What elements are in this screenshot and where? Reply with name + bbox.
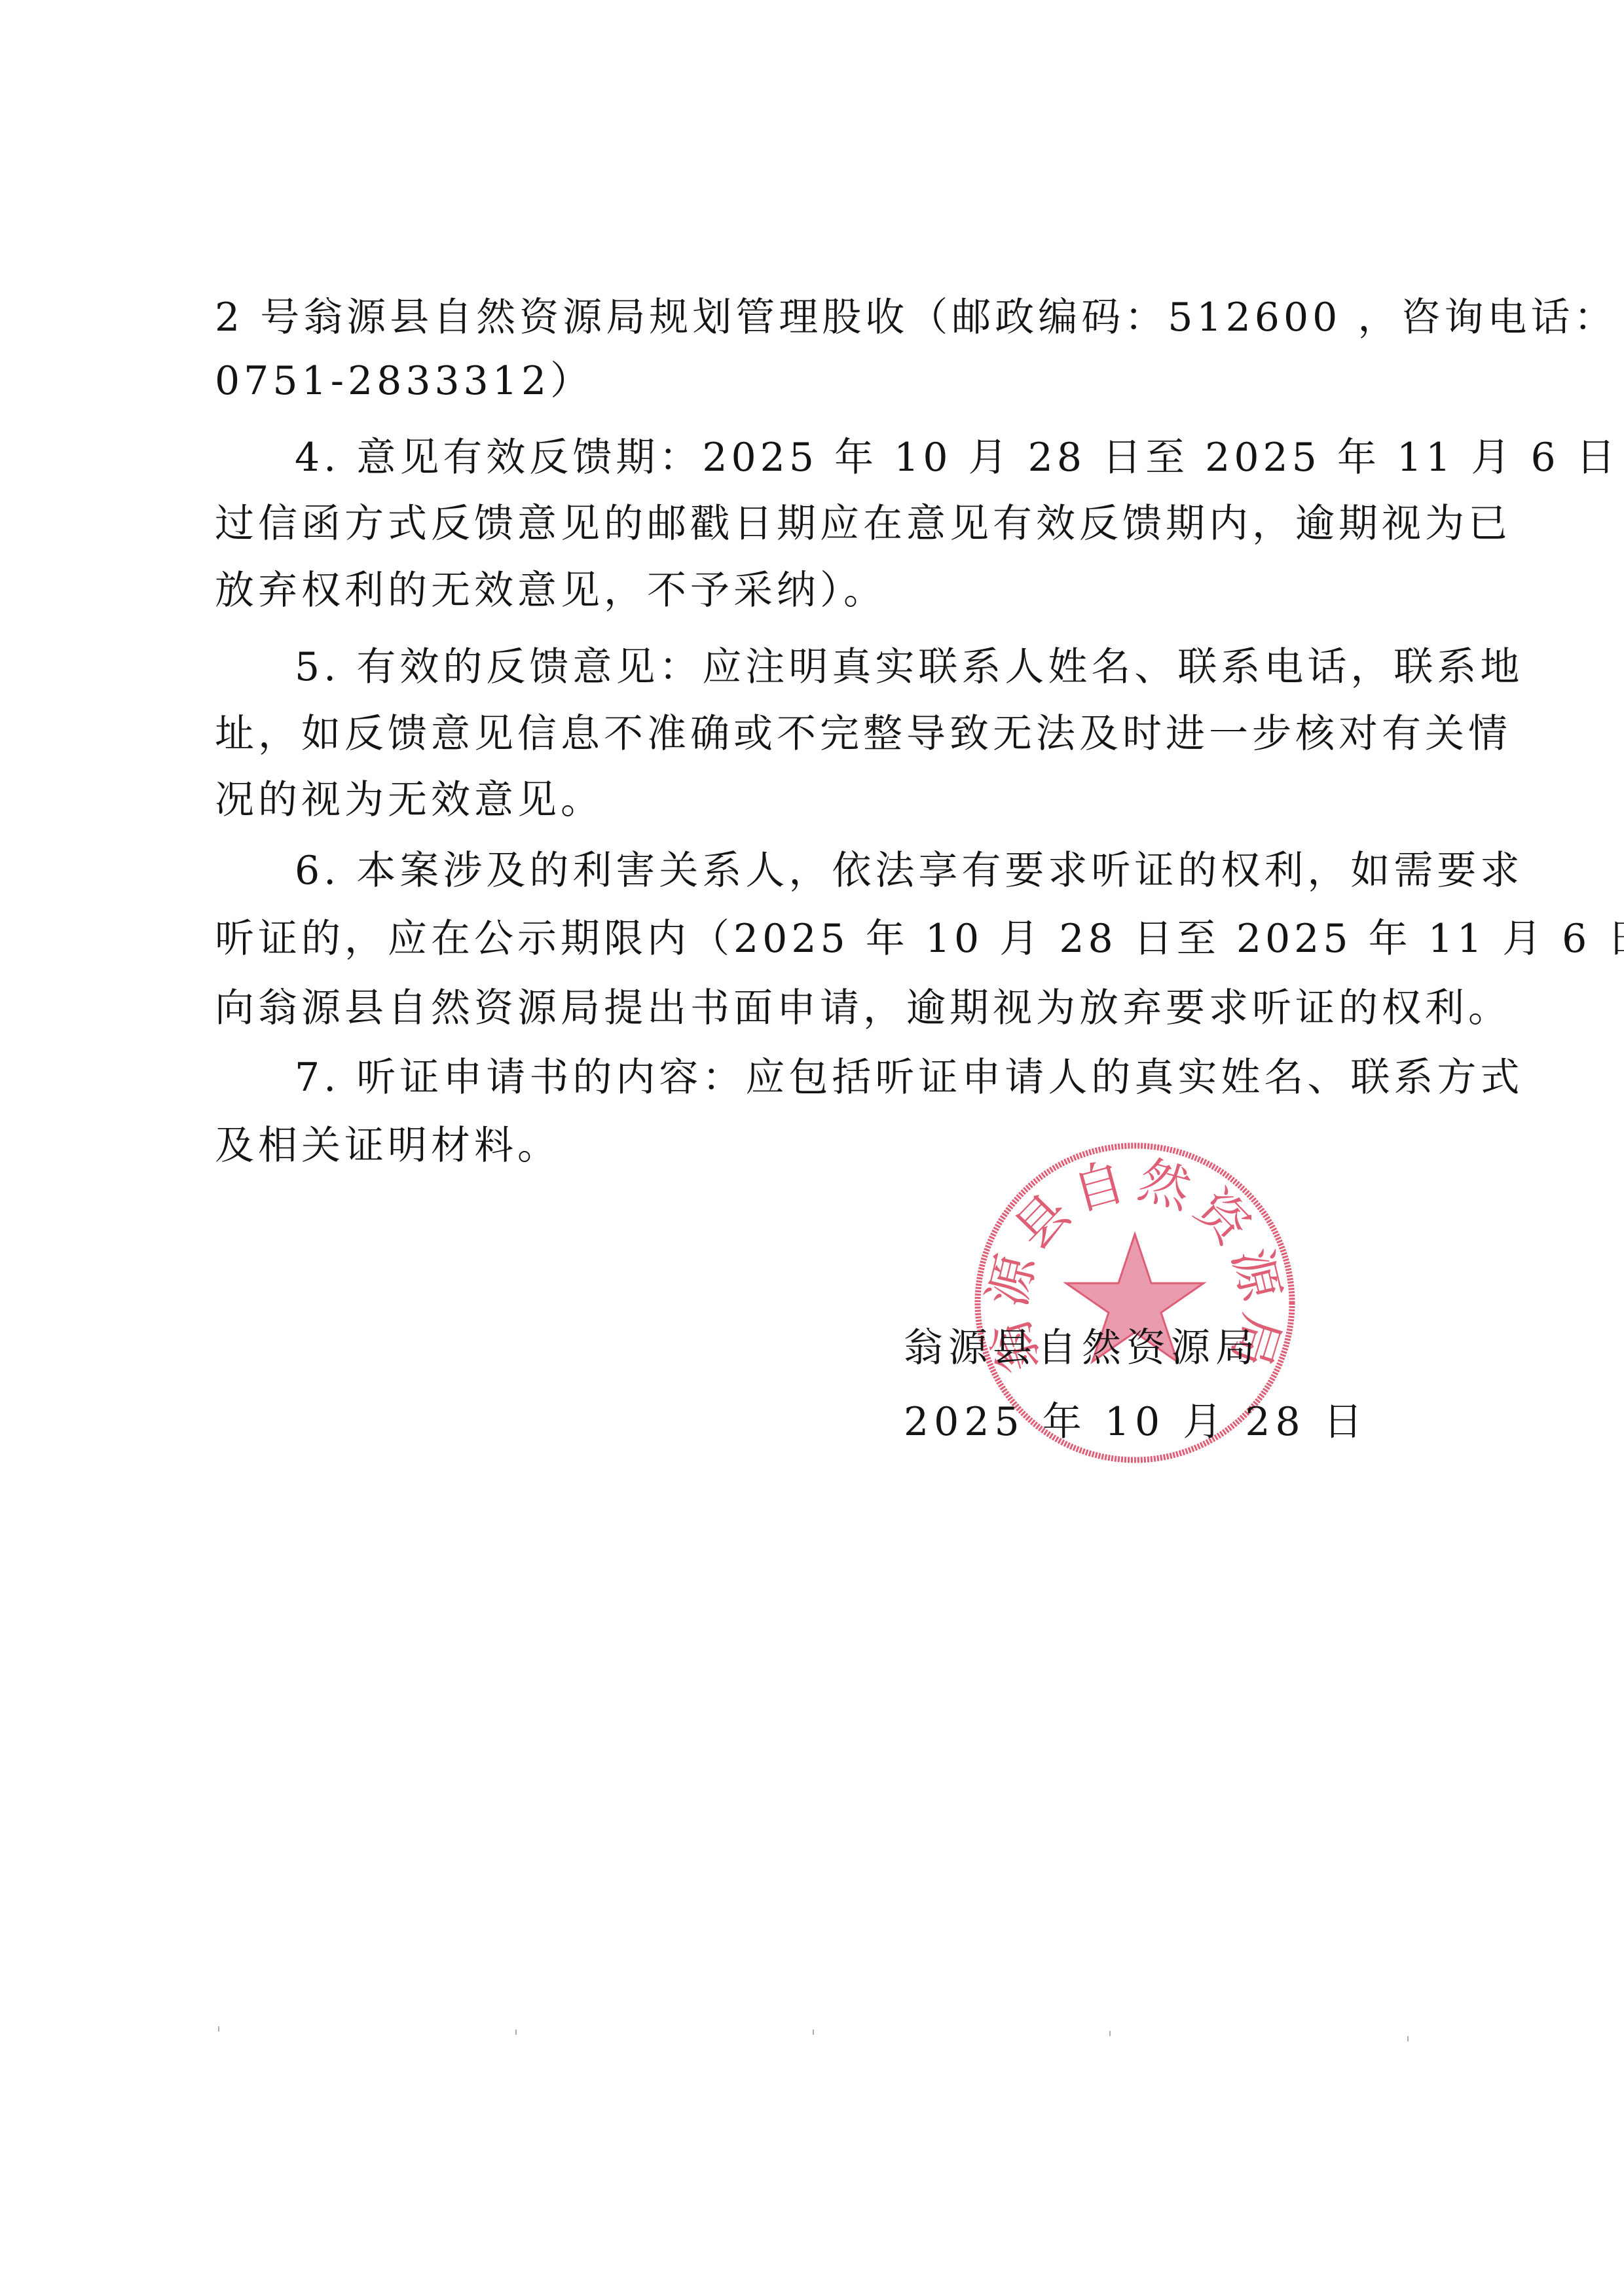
item-4-line: 4. 意见有效反馈期：2025 年 10 月 28 日至 2025 年 11 月… (295, 425, 1423, 490)
item-5-line: 址，如反馈意见信息不准确或不完整导致无法及时进一步核对有关情 (215, 701, 1423, 767)
scan-speck (1109, 2031, 1111, 2036)
item-4-line: 过信函方式反馈意见的邮戳日期应在意见有效反馈期内，逾期视为已 (215, 491, 1423, 556)
text-line: 2 号翁源县自然资源局规划管理股收（邮政编码：512600 ，咨询电话： (215, 285, 1423, 350)
item-6-line: 6. 本案涉及的利害关系人，依法享有要求听证的权利，如需要求 (295, 838, 1423, 903)
item-5-line: 5. 有效的反馈意见：应注明真实联系人姓名、联系电话，联系地 (295, 634, 1423, 700)
item-5-line: 况的视为无效意见。 (215, 767, 1423, 833)
item-7-line: 7. 听证申请书的内容：应包括听证申请人的真实姓名、联系方式 (295, 1045, 1423, 1110)
issuer-name: 翁源县自然资源局 (904, 1315, 1260, 1381)
text-line: 0751-2833312） (215, 348, 1423, 414)
document-page: 2 号翁源县自然资源局规划管理股收（邮政编码：512600 ，咨询电话： 075… (0, 0, 1624, 2296)
item-6-line: 听证的，应在公示期限内（2025 年 10 月 28 日至 2025 年 11 … (215, 906, 1423, 972)
scan-speck (218, 2026, 219, 2032)
scan-speck (813, 2030, 814, 2035)
scan-speck (515, 2030, 517, 2035)
issue-date: 2025 年 10 月 28 日 (904, 1389, 1368, 1455)
item-4-line: 放弃权利的无效意见，不予采纳）。 (215, 558, 1423, 623)
scan-speck (1407, 2036, 1409, 2041)
item-6-line: 向翁源县自然资源局提出书面申请，逾期视为放弃要求听证的权利。 (215, 975, 1423, 1041)
